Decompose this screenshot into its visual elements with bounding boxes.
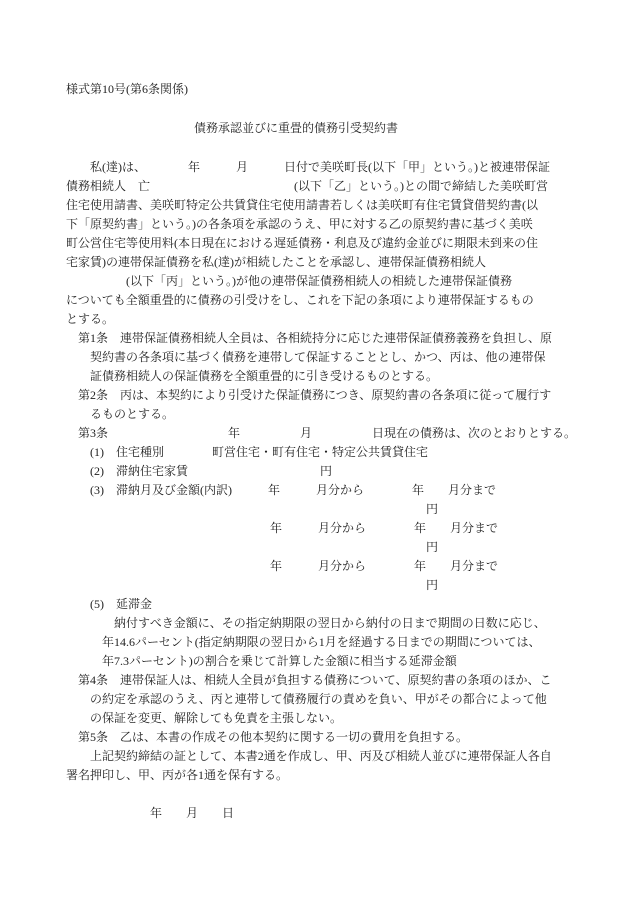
body-line: 第4条 連帯保証人は、相続人全員が負担する債務について、原契約書の条項のほか、こ [66, 671, 590, 690]
body-line: (2) 滞納住宅家賃 円 [66, 462, 590, 481]
body-line: (1) 住宅種別 町営住宅・町有住宅・特定公共賃貸住宅 [66, 443, 590, 462]
body-line: 年 月分から 年 月分まで [66, 557, 590, 576]
body-line: (5) 延滞金 [66, 595, 590, 614]
document-title: 債務承認並びに重畳的債務引受契約書 [66, 119, 590, 138]
body-line: 債務相続人 亡 (以下「乙」という。)との間で締結した美咲町営 [66, 177, 590, 196]
body-line: 円 [66, 538, 590, 557]
body-line: とする。 [66, 310, 590, 329]
body-line: 上記契約締結の証として、本書2通を作成し、甲、丙及び相続人並びに連帯保証人各自 [66, 747, 590, 766]
body-line: についても全額重畳的に債務の引受けをし、これを下記の条項により連帯保証するもの [66, 291, 590, 310]
body-line: 契約書の各条項に基づく債務を連帯して保証することとし、かつ、丙は、他の連帯保 [66, 348, 590, 367]
body-line: 住宅使用請書、美咲町特定公共賃貸住宅使用請書若しくは美咲町有住宅賃貸借契約書(以 [66, 196, 590, 215]
body-line: (3) 滞納月及び金額(内訳) 年 月分から 年 月分まで [66, 481, 590, 500]
body-line: の約定を承認のうえ、丙と連帯して債務履行の責めを負い、甲がその都合によって他 [66, 690, 590, 709]
body-line: 納付すべき金額に、その指定納期限の翌日から納付の日まで期間の日数に応じ、 [66, 614, 590, 633]
document-body: 私(達)は、 年 月 日付で美咲町長(以下「甲」という。)と被連帯保証債務相続人… [66, 158, 590, 785]
form-number: 様式第10号(第6条関係) [66, 80, 590, 99]
body-line: 第2条 丙は、本契約により引受けた保証債務につき、原契約書の各条項に従って履行す [66, 386, 590, 405]
body-line: 署名押印し、甲、丙が各1通を保有する。 [66, 766, 590, 785]
body-line: 年7.3パーセント)の割合を乗じて計算した金額に相当する延滞金額 [66, 652, 590, 671]
body-line: 町公営住宅等使用料(本日現在における遅延債務・利息及び違約金並びに期限未到来の住 [66, 234, 590, 253]
body-line: 円 [66, 500, 590, 519]
body-line: 年14.6パーセント(指定納期限の翌日から1月を経過する日までの期間については、 [66, 633, 590, 652]
body-line: 私(達)は、 年 月 日付で美咲町長(以下「甲」という。)と被連帯保証 [66, 158, 590, 177]
date-line: 年 月 日 [66, 804, 590, 823]
body-line: (以下「丙」という。)が他の連帯保証債務相続人の相続した連帯保証債務 [66, 272, 590, 291]
body-line: 第3条 年 月 日現在の債務は、次のとおりとする。 [66, 424, 590, 443]
body-line: 円 [66, 576, 590, 595]
body-line: 宅家賃)の連帯保証債務を私(達)が相続したことを承認し、連帯保証債務相続人 [66, 253, 590, 272]
body-line: 下「原契約書」という。)の各条項を承認のうえ、甲に対する乙の原契約書に基づく美咲 [66, 215, 590, 234]
body-line: 第1条 連帯保証債務相続人全員は、各相続持分に応じた連帯保証債務義務を負担し、原 [66, 329, 590, 348]
contract-document-page: 様式第10号(第6条関係) 債務承認並びに重畳的債務引受契約書 私(達)は、 年… [0, 0, 630, 916]
body-line: 第5条 乙は、本書の作成その他本契約に関する一切の費用を負担する。 [66, 728, 590, 747]
body-line: の保証を変更、解除しても免責を主張しない。 [66, 709, 590, 728]
body-line: るものとする。 [66, 405, 590, 424]
body-line: 年 月分から 年 月分まで [66, 519, 590, 538]
body-line: 証債務相続人の保証債務を全額重畳的に引き受けるものとする。 [66, 367, 590, 386]
